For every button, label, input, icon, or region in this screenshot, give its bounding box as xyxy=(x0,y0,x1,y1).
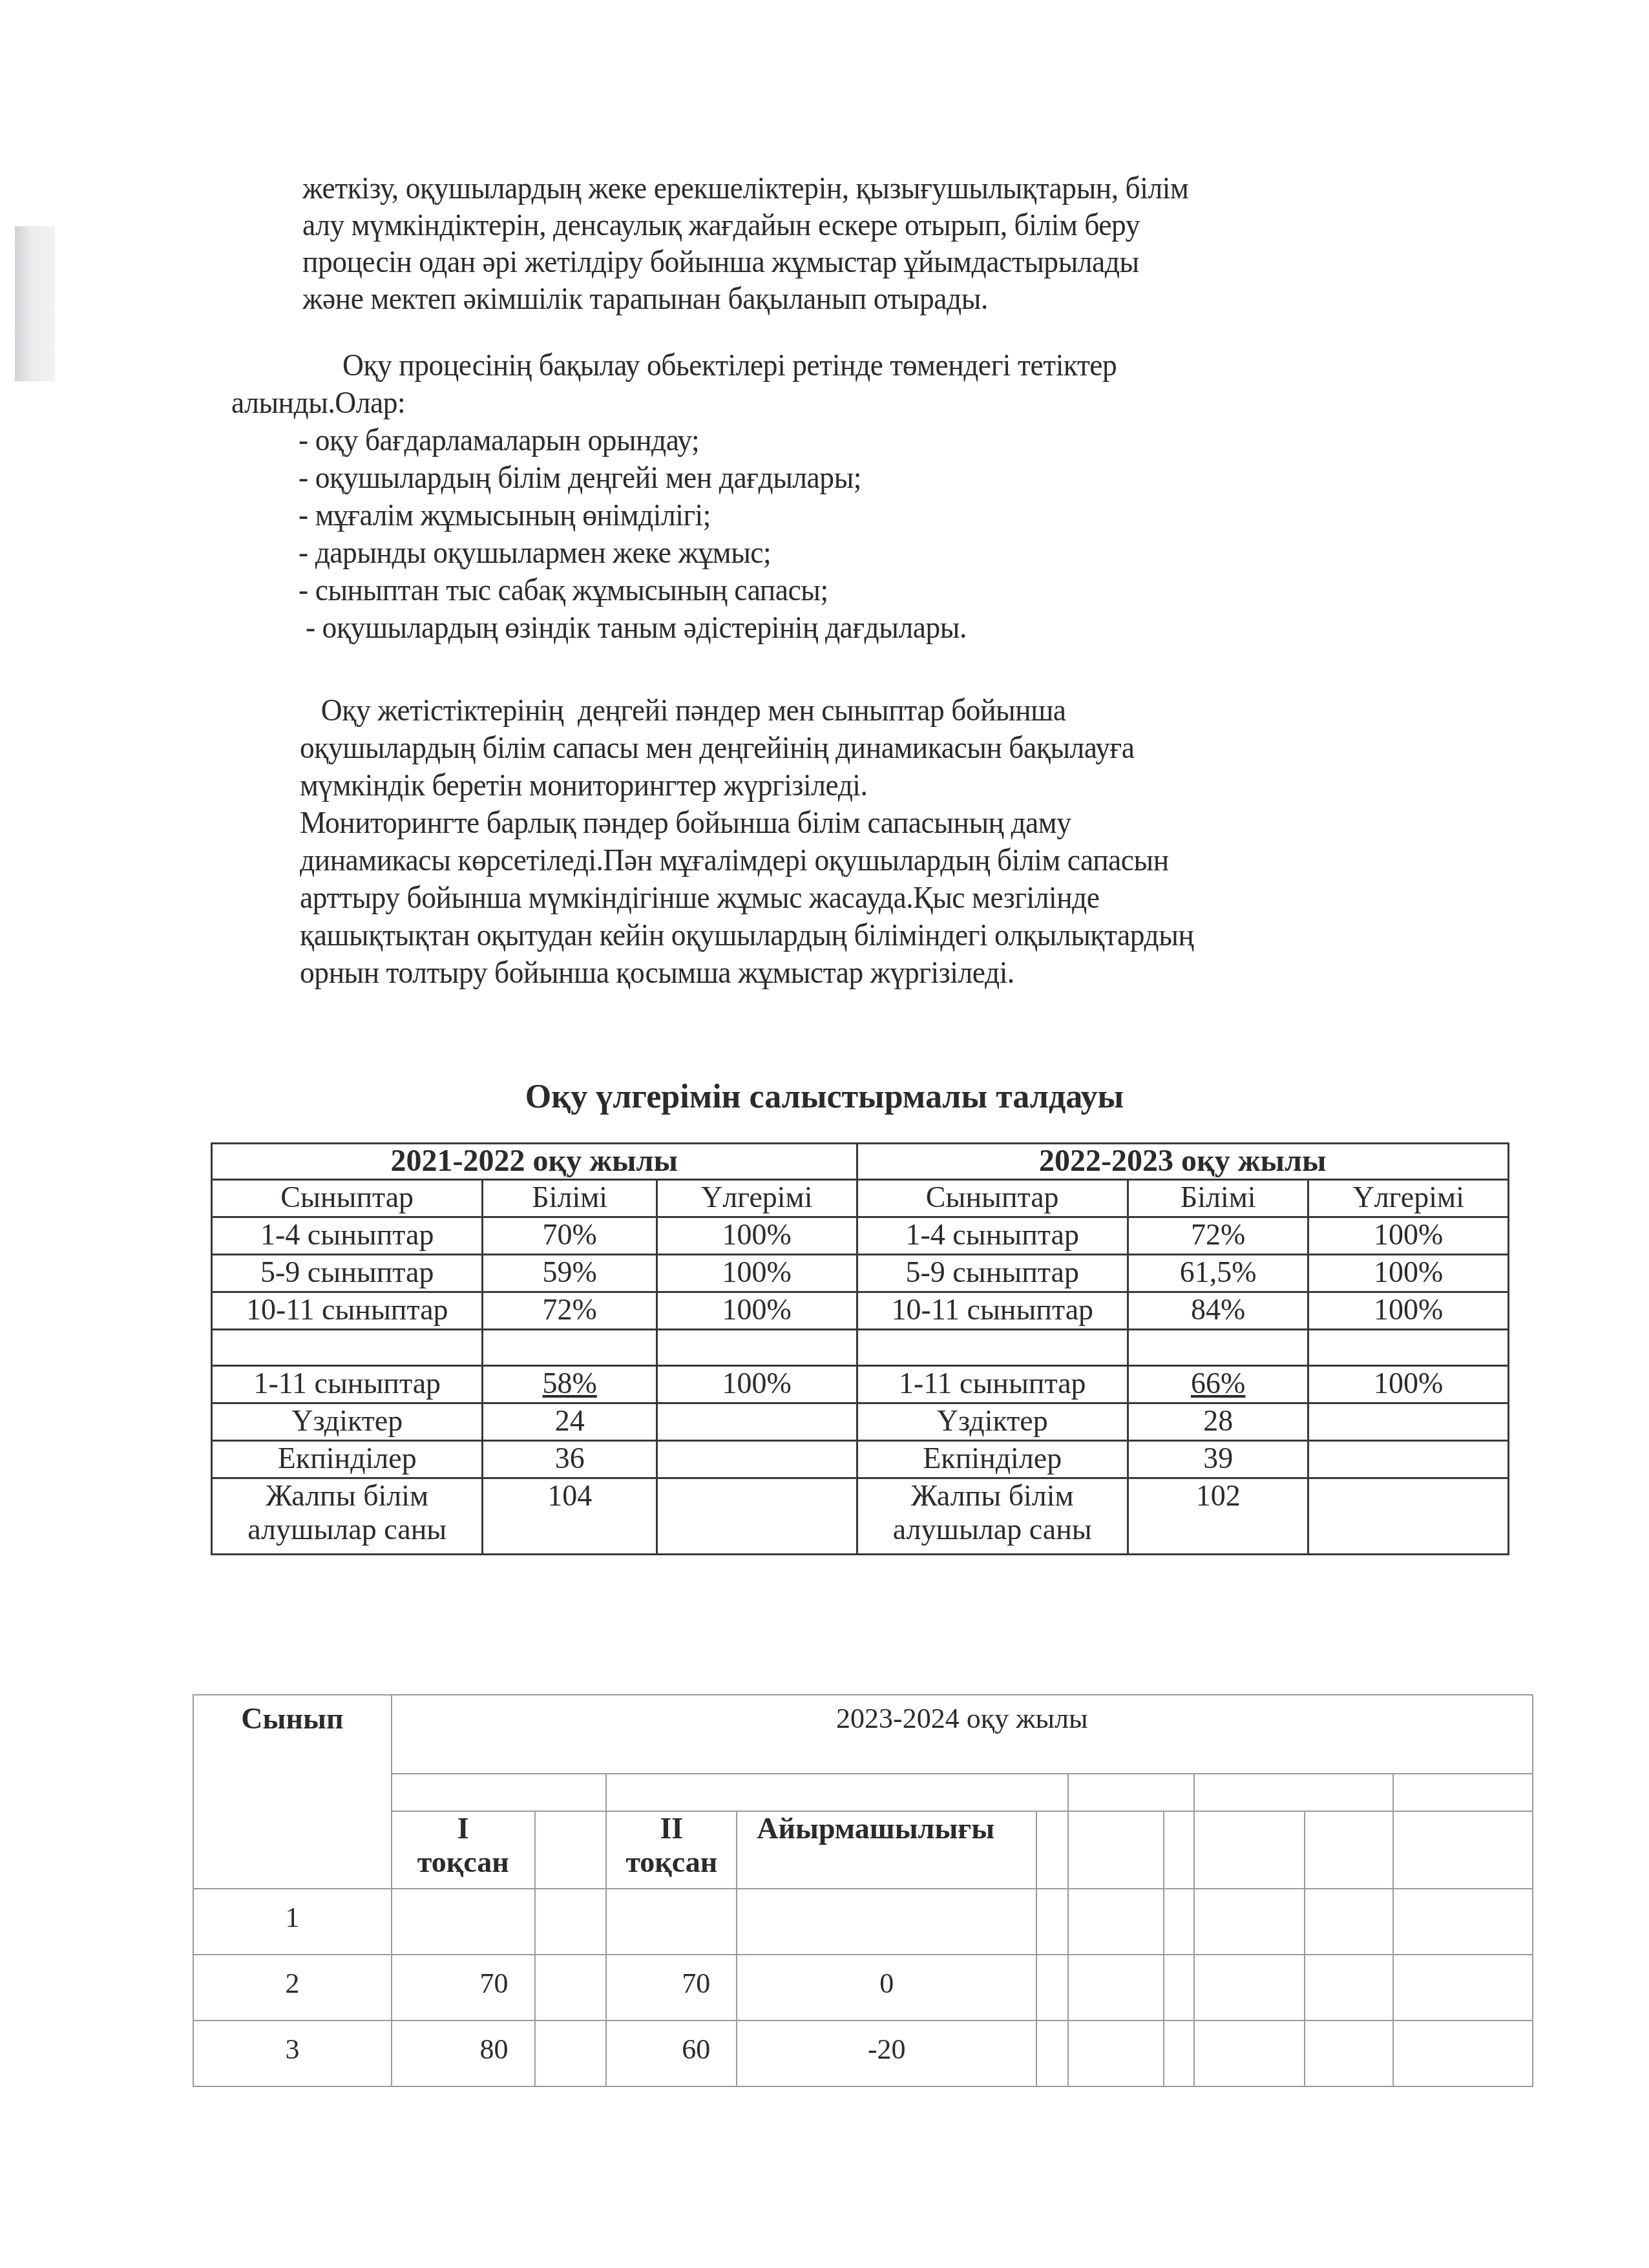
table-cell xyxy=(212,1330,483,1366)
table-cell: 100% xyxy=(1308,1255,1509,1292)
empty-cell xyxy=(1068,1811,1164,1889)
table-cell: 104 xyxy=(483,1478,657,1555)
empty-cell xyxy=(1164,1811,1194,1889)
table-cell xyxy=(1308,1478,1509,1555)
table-cell xyxy=(656,1441,857,1478)
table-cell: Үздіктер xyxy=(212,1403,483,1441)
diff-cell: -20 xyxy=(737,2021,1036,2086)
table-cell: 100% xyxy=(656,1255,857,1292)
empty-cell xyxy=(606,1774,1068,1811)
column-header: Сыныптар xyxy=(212,1180,483,1217)
table-cell: 70% xyxy=(483,1217,657,1255)
intro-paragraph: жеткізу, оқушылардың жеке ерекшеліктерін… xyxy=(302,169,1188,317)
paragraph-line: жеткізу, оқушылардың жеке ерекшеліктерін… xyxy=(302,169,1188,206)
empty-cell xyxy=(535,1811,607,1889)
class-column-header: Сынып xyxy=(193,1695,392,1889)
table-cell: 5-9 сыныптар xyxy=(857,1255,1128,1292)
q2-cell: 70 xyxy=(606,1955,737,2021)
table-cell: 100% xyxy=(1308,1366,1509,1403)
paragraph-line: Оқу жетістіктерінің деңгейі пәндер мен с… xyxy=(300,691,1193,729)
table-cell xyxy=(656,1403,857,1441)
list-item: - оқушылардың өзіндік таным әдістерінің … xyxy=(299,609,967,646)
quarter-2-roman: II xyxy=(607,1812,736,1845)
paragraph-line: процесін одан әрі жетілдіру бойынша жұмы… xyxy=(302,243,1188,280)
table-cell: 72% xyxy=(483,1292,657,1330)
table-cell xyxy=(1308,1403,1509,1441)
quarter-1-roman: I xyxy=(392,1812,534,1845)
year-header: 2022-2023 оқу жылы xyxy=(857,1144,1509,1180)
empty-cell xyxy=(1068,1774,1194,1811)
comparison-table: 2021-2022 оқу жылы 2022-2023 оқу жылы Сы… xyxy=(211,1142,1509,1555)
year-header: 2023-2024 оқу жылы xyxy=(392,1695,1533,1774)
column-header: Үлгерімі xyxy=(1308,1180,1509,1217)
quarter-1-word: тоқсан xyxy=(392,1845,534,1879)
diff-cell xyxy=(737,1889,1036,1955)
table-cell xyxy=(483,1330,657,1366)
list-item: - оқушылардың білім деңгейі мен дағдылар… xyxy=(299,459,967,496)
control-intro-line2: алынды.Олар: xyxy=(231,384,405,421)
comparison-table-title: Оқу үлгерімін салыстырмалы талдауы xyxy=(0,1078,1649,1116)
q1-cell xyxy=(392,1889,535,1955)
q1-cell: 80 xyxy=(392,2021,535,2086)
table-row: 1 xyxy=(193,1889,1533,1955)
scan-edge-artifact xyxy=(15,226,55,381)
list-item: - оқу бағдарламаларын орындау; xyxy=(299,421,967,459)
paragraph-line: оқушылардың білім сапасы мен деңгейінің … xyxy=(300,729,1193,766)
paragraph-line: мүмкіндік беретін мониторингтер жүргізіл… xyxy=(300,766,1193,804)
table-cell xyxy=(1308,1330,1509,1366)
table-cell: 1-4 сыныптар xyxy=(857,1217,1128,1255)
empty-cell xyxy=(1194,1811,1305,1889)
table-cell xyxy=(857,1330,1128,1366)
table-row: 10-11 сыныптар 72% 100% 10-11 сыныптар 8… xyxy=(212,1292,1509,1330)
paragraph-line: Мониторингте барлық пәндер бойынша білім… xyxy=(300,804,1193,841)
table-cell: Жалпы білім алушылар саны xyxy=(212,1478,483,1555)
table-cell: Үздіктер xyxy=(857,1403,1128,1441)
table-cell: 100% xyxy=(656,1217,857,1255)
list-item: - дарынды оқушылармен жеке жұмыс; xyxy=(299,534,967,571)
empty-cell xyxy=(1305,1811,1394,1889)
table-cell: 72% xyxy=(1128,1217,1308,1255)
table-cell: 84% xyxy=(1128,1292,1308,1330)
table-cell: Екпінділер xyxy=(857,1441,1128,1478)
table-row-empty xyxy=(212,1330,1509,1366)
table-cell: 1-11 сыныптар xyxy=(857,1366,1128,1403)
class-cell: 2 xyxy=(193,1955,392,2021)
diff-cell: 0 xyxy=(737,1955,1036,2021)
table-cell: 1-11 сыныптар xyxy=(212,1366,483,1403)
q2-cell: 60 xyxy=(606,2021,737,2086)
paragraph-line: орнын толтыру бойынша қосымша жұмыстар ж… xyxy=(300,954,1193,991)
paragraph-line: алу мүмкіндіктерін, денсаулық жағдайын е… xyxy=(302,206,1188,243)
table-row: 3 80 60 -20 xyxy=(193,2021,1533,2086)
empty-cell xyxy=(1393,1774,1533,1811)
table-row: 5-9 сыныптар 59% 100% 5-9 сыныптар 61,5%… xyxy=(212,1255,1509,1292)
paragraph-line: қашықтықтан оқытудан кейін оқушылардың б… xyxy=(300,916,1193,954)
empty-cell xyxy=(1393,1811,1533,1889)
column-header: Үлгерімі xyxy=(656,1180,857,1217)
list-item: - мұғалім жұмысының өнімділігі; xyxy=(299,496,967,534)
difference-header: Айырмашылығы xyxy=(737,1811,1036,1889)
table-row: 2 70 70 0 xyxy=(193,1955,1533,2021)
empty-cell xyxy=(1036,1811,1068,1889)
table-cell: 61,5% xyxy=(1128,1255,1308,1292)
year-header: 2021-2022 оқу жылы xyxy=(212,1144,857,1180)
table-cell: 10-11 сыныптар xyxy=(212,1292,483,1330)
table-cell: 5-9 сыныптар xyxy=(212,1255,483,1292)
table-cell: 58% xyxy=(483,1366,657,1403)
empty-cell xyxy=(1194,1774,1393,1811)
table-cell: 10-11 сыныптар xyxy=(857,1292,1128,1330)
quarter-1-header: I тоқсан xyxy=(392,1811,535,1889)
control-intro-line: Оқу процесінің бақылау обьектілері ретін… xyxy=(342,346,1117,383)
column-header: Білімі xyxy=(1128,1180,1308,1217)
column-header: Білімі xyxy=(483,1180,657,1217)
class-cell: 1 xyxy=(193,1889,392,1955)
table-cell: 100% xyxy=(1308,1292,1509,1330)
paragraph-line: динамикасы көрсетіледі.Пән мұғалімдері о… xyxy=(300,841,1193,879)
table-cell xyxy=(1128,1330,1308,1366)
table-cell: 1-4 сыныптар xyxy=(212,1217,483,1255)
column-header: Сыныптар xyxy=(857,1180,1128,1217)
table-cell: 59% xyxy=(483,1255,657,1292)
quarter-2-word: тоқсан xyxy=(607,1845,736,1879)
empty-cell xyxy=(392,1774,607,1811)
table-row: Үздіктер 24 Үздіктер 28 xyxy=(212,1403,1509,1441)
table-cell: 100% xyxy=(656,1292,857,1330)
table-row: 1-4 сыныптар 70% 100% 1-4 сыныптар 72% 1… xyxy=(212,1217,1509,1255)
q2-cell xyxy=(606,1889,737,1955)
table-cell: 36 xyxy=(483,1441,657,1478)
paragraph-line: және мектеп әкімшілік тарапынан бақыланы… xyxy=(302,280,1188,317)
table-cell: 24 xyxy=(483,1403,657,1441)
table-cell xyxy=(1308,1441,1509,1478)
table-cell xyxy=(656,1330,857,1366)
table-cell: 100% xyxy=(656,1366,857,1403)
table-cell: Жалпы білім алушылар саны xyxy=(857,1478,1128,1555)
control-items-list: - оқу бағдарламаларын орындау; - оқушыла… xyxy=(299,421,967,646)
q1-cell: 70 xyxy=(392,1955,535,2021)
list-item: - сыныптан тыс сабақ жұмысының сапасы; xyxy=(299,571,967,609)
paragraph-line: арттыру бойынша мүмкіндігінше жұмыс жаса… xyxy=(300,879,1193,916)
table-row-total: 1-11 сыныптар 58% 100% 1-11 сыныптар 66%… xyxy=(212,1366,1509,1403)
table-row: Жалпы білім алушылар саны 104 Жалпы білі… xyxy=(212,1478,1509,1555)
table-cell: 66% xyxy=(1128,1366,1308,1403)
table-row: Екпінділер 36 Екпінділер 39 xyxy=(212,1441,1509,1478)
table-cell xyxy=(656,1478,857,1555)
table-cell: 100% xyxy=(1308,1217,1509,1255)
quarter-table: Сынып 2023-2024 оқу жылы I тоқсан II тоқ… xyxy=(193,1694,1533,2087)
table-cell: 102 xyxy=(1128,1478,1308,1555)
quarter-2-header: II тоқсан xyxy=(606,1811,737,1889)
monitoring-paragraph: Оқу жетістіктерінің деңгейі пәндер мен с… xyxy=(300,691,1193,991)
class-cell: 3 xyxy=(193,2021,392,2086)
table-cell: Екпінділер xyxy=(212,1441,483,1478)
table-cell: 39 xyxy=(1128,1441,1308,1478)
table-cell: 28 xyxy=(1128,1403,1308,1441)
